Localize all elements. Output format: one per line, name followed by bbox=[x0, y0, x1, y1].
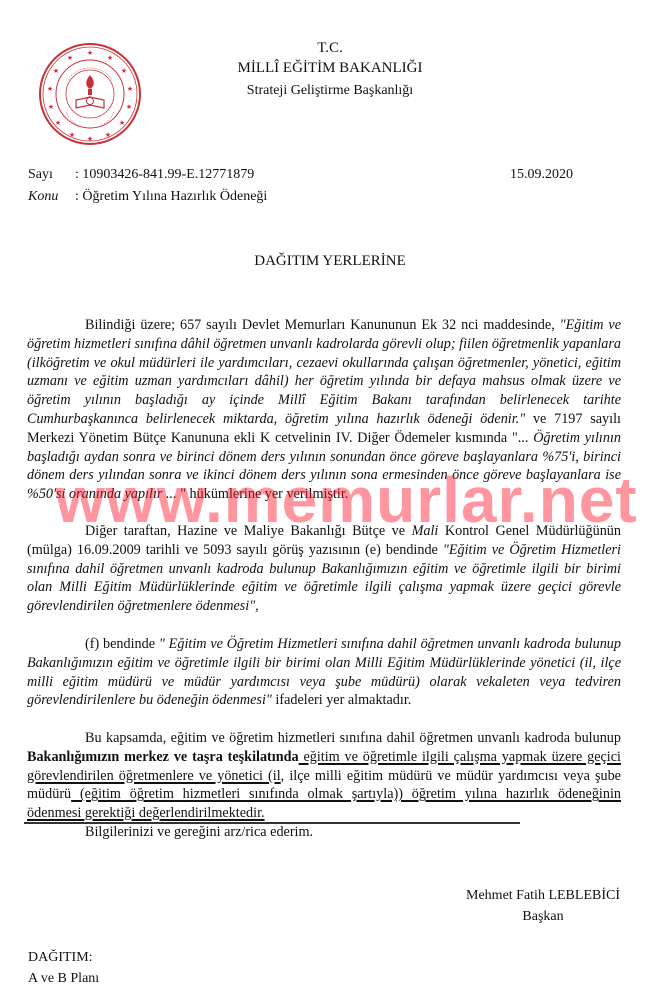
svg-text:★: ★ bbox=[87, 135, 93, 143]
document-date: 15.09.2020 bbox=[510, 167, 573, 183]
reference-label: Sayı bbox=[28, 167, 75, 183]
subject-value: : Öğretim Yılına Hazırlık Ödeneği bbox=[75, 189, 267, 204]
svg-text:★: ★ bbox=[69, 131, 75, 139]
subject-row: Konu: Öğretim Yılına Hazırlık Ödeneği bbox=[28, 189, 267, 205]
paragraph-4: Bu kapsamda, eğitim ve öğretim hizmetler… bbox=[27, 729, 621, 823]
signatory-title: Başkan bbox=[466, 906, 620, 927]
paragraph-2: Diğer taraftan, Hazine ve Maliye Bakanlı… bbox=[27, 522, 621, 616]
signatory-name: Mehmet Fatih LEBLEBİCİ bbox=[466, 885, 620, 906]
svg-text:★: ★ bbox=[126, 103, 132, 111]
addressee-title: DAĞITIM YERLERİNE bbox=[0, 253, 660, 270]
reference-number-row: Sayı: 10903426-841.99-E.12771879 bbox=[28, 167, 254, 183]
svg-text:★: ★ bbox=[119, 119, 125, 127]
distribution-value: A ve B Planı bbox=[28, 968, 99, 989]
paragraph-5: Bilgilerinizi ve gereğini arz/rica ederi… bbox=[27, 823, 621, 842]
paragraph-1: Bilindiği üzere; 657 sayılı Devlet Memur… bbox=[27, 316, 621, 504]
signature-block: Mehmet Fatih LEBLEBİCİ Başkan bbox=[466, 885, 620, 927]
header-ministry: MİLLÎ EĞİTİM BAKANLIĞI bbox=[0, 60, 660, 77]
svg-text:★: ★ bbox=[105, 131, 111, 139]
reference-number: : 10903426-841.99-E.12771879 bbox=[75, 167, 254, 182]
distribution-label: DAĞITIM: bbox=[28, 947, 99, 968]
svg-text:★: ★ bbox=[55, 119, 61, 127]
subject-label: Konu bbox=[28, 189, 75, 205]
svg-text:★: ★ bbox=[48, 103, 54, 111]
distribution-block: DAĞITIM: A ve B Planı bbox=[28, 947, 99, 989]
header-department: Strateji Geliştirme Başkanlığı bbox=[0, 83, 660, 99]
paragraph-3: (f) bendinde " Eğitim ve Öğretim Hizmetl… bbox=[27, 635, 621, 710]
header-tc: T.C. bbox=[0, 40, 660, 57]
